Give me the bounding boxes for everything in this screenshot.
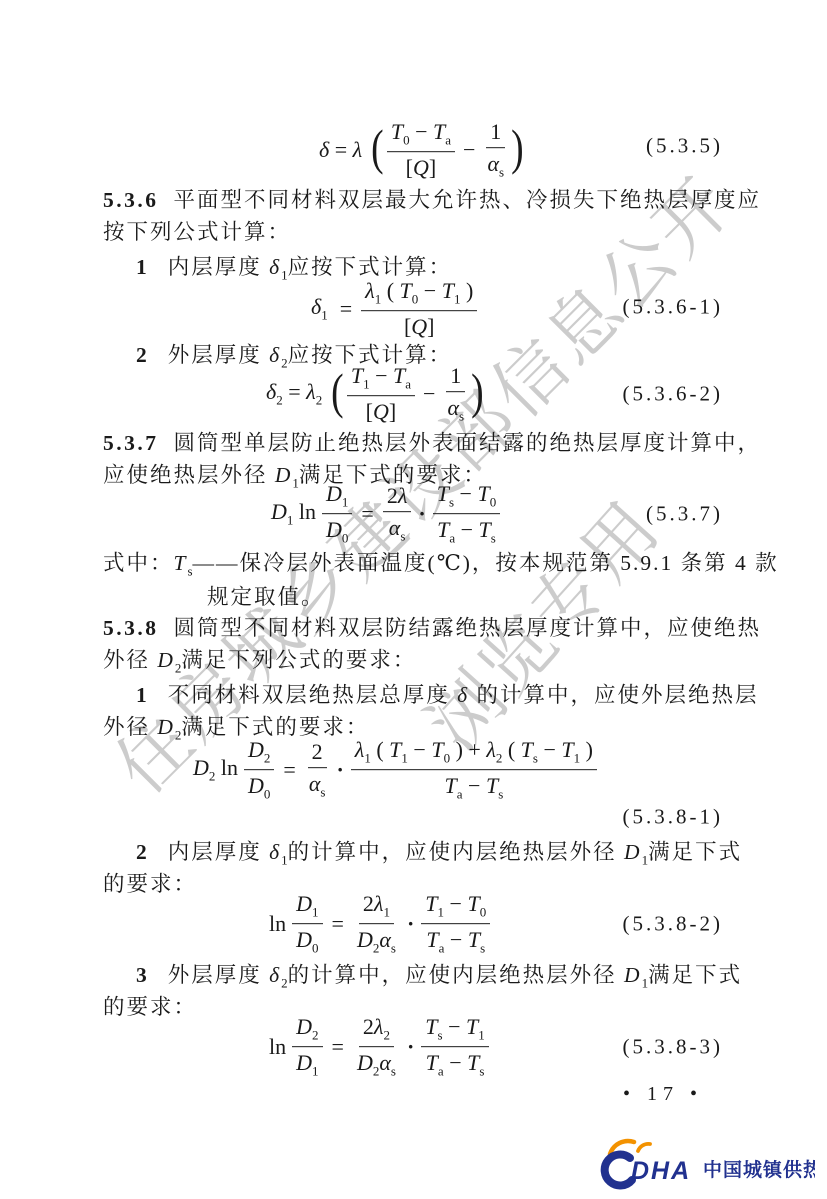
note-where-line2: 规定取值。	[207, 580, 325, 611]
equation-label-5-3-8-1: (5.3.8-1)	[623, 805, 723, 830]
item-number: 2	[136, 840, 149, 864]
paragraph-5-3-8-line2: 外径 D2满足下列公式的要求：	[103, 643, 416, 676]
logo-acronym: DHA	[631, 1157, 691, 1185]
equation-label-5-3-8-2: (5.3.8-2)	[623, 912, 723, 937]
equation-label-5-3-5: (5.3.5)	[646, 134, 723, 159]
formula-lead: ln	[269, 911, 286, 937]
close-paren: )	[471, 366, 483, 416]
multiplication-dot: ·	[407, 911, 414, 937]
paragraph-5-3-7-line1: 5.3.7圆筒型单层防止绝热层外表面结露的绝热层厚度计算中，	[103, 426, 761, 457]
formula-5-3-8-2: ln D1D0 = 2λ1D2αs · T1 − T0Ta − Ts	[266, 891, 490, 957]
fraction: 2λ2D2αs	[353, 1014, 400, 1080]
formula-lead: ln	[269, 1034, 286, 1060]
fraction: Ts − T0Ta − Ts	[433, 481, 500, 547]
equation-label-5-3-8-3: (5.3.8-3)	[623, 1035, 723, 1060]
close-paren: )	[511, 122, 523, 172]
fraction: 2λαs	[383, 483, 412, 545]
formula-5-3-7: D1 ln D1D0 = 2λαs · Ts − T0Ta − Ts	[268, 481, 500, 547]
item-3-5-3-8-line1: 3外层厚度 δ2的计算中，应使内层绝热层外径 D1满足下式	[136, 958, 742, 991]
logo-c-swoosh-icon	[605, 1154, 632, 1185]
equals-sign: =	[361, 501, 373, 527]
formula-5-3-6-2: δ2 = λ2 ( T1 − Ta[Q] − 1αs )	[263, 363, 487, 425]
multiplication-dot: ·	[418, 501, 425, 527]
fraction: T1 − Ta[Q]	[347, 363, 415, 425]
minus-operator: −	[463, 137, 475, 163]
equation-label-5-3-7: (5.3.7)	[646, 502, 723, 527]
item-2-5-3-8-line1: 2内层厚度 δ1的计算中，应使内层绝热层外径 D1满足下式	[136, 835, 742, 868]
fraction: λ1 ( T0 − T1 )[Q]	[361, 278, 477, 340]
equals-sign: =	[332, 911, 344, 937]
formula-lead: δ2 = λ2	[266, 379, 322, 408]
association-logo: DHA 中国城镇供热协会	[597, 1136, 815, 1195]
paragraph-5-3-6-line2: 按下列公式计算：	[103, 215, 291, 246]
note-where-line1: 式中：Ts——保冷层外表面温度(℃)，按本规范第 5.9.1 条第 4 款	[103, 546, 779, 579]
page-number: • 17 •	[623, 1083, 703, 1106]
fraction: Ts − T1Ta − Ts	[421, 1014, 488, 1080]
fraction: T1 − T0Ta − Ts	[421, 891, 490, 957]
paragraph-5-3-8-line1: 5.3.8圆筒型不同材料双层防结露绝热层厚度计算中，应使绝热	[103, 611, 761, 642]
formula-lead: D1 ln	[271, 499, 316, 528]
open-paren: (	[371, 122, 383, 172]
paragraph-5-3-6-line1: 5.3.6平面型不同材料双层最大允许热、冷损失下绝热层厚度应	[103, 183, 761, 214]
formula-lead: D2 ln	[193, 755, 238, 784]
fraction: 1αs	[483, 119, 508, 181]
item-number: 2	[136, 343, 149, 367]
item-2-5-3-8-line2: 的要求：	[103, 867, 197, 898]
multiplication-dot: ·	[407, 1034, 414, 1060]
formula-lead: δ1	[311, 294, 328, 323]
equals-sign: =	[283, 757, 295, 783]
document-page: 住房城乡建设部信息公开 浏览专用 δ = λ ( T0 − Ta[Q] − 1α…	[0, 0, 827, 1199]
fraction: T0 − Ta[Q]	[387, 119, 455, 181]
section-number: 5.3.6	[103, 188, 159, 212]
equals-sign: =	[340, 296, 352, 322]
logo-org-name: 中国城镇供热协会	[703, 1158, 815, 1181]
fraction: D2D1	[292, 1014, 322, 1080]
minus-operator: −	[423, 381, 435, 407]
fraction: D1D0	[322, 481, 352, 547]
fraction: λ1 ( T1 − T0 ) + λ2 ( Ts − T1 )Ta − Ts	[351, 737, 597, 803]
fraction: D2D0	[244, 737, 274, 803]
item-number: 3	[136, 963, 149, 987]
equation-label-5-3-6-1: (5.3.6-1)	[623, 295, 723, 320]
item-1-5-3-8-line1: 1不同材料双层绝热层总厚度 δ 的计算中，应使外层绝热层	[136, 678, 759, 709]
formula-5-3-8-3: ln D2D1 = 2λ2D2αs · Ts − T1Ta − Ts	[266, 1014, 489, 1080]
formula-5-3-6-1: δ1 = λ1 ( T0 − T1 )[Q]	[308, 278, 477, 340]
multiplication-dot: ·	[336, 757, 343, 783]
item-3-5-3-8-line2: 的要求：	[103, 990, 197, 1021]
open-paren: (	[331, 366, 343, 416]
fraction: D1D0	[292, 891, 322, 957]
equals-sign: =	[332, 1034, 344, 1060]
formula-lead: δ = λ	[319, 137, 362, 163]
equation-label-5-3-6-2: (5.3.6-2)	[623, 382, 723, 407]
fraction: 1αs	[443, 363, 468, 425]
section-number: 5.3.7	[103, 431, 159, 455]
item-number: 1	[136, 255, 149, 279]
item-number: 1	[136, 683, 149, 707]
section-number: 5.3.8	[103, 616, 159, 640]
formula-5-3-8-1: D2 ln D2D0 = 2αs · λ1 ( T1 − T0 ) + λ2 (…	[190, 737, 597, 803]
fraction: 2λ1D2αs	[353, 891, 400, 957]
fraction: 2αs	[305, 739, 330, 801]
formula-5-3-5: δ = λ ( T0 − Ta[Q] − 1αs )	[316, 119, 527, 181]
